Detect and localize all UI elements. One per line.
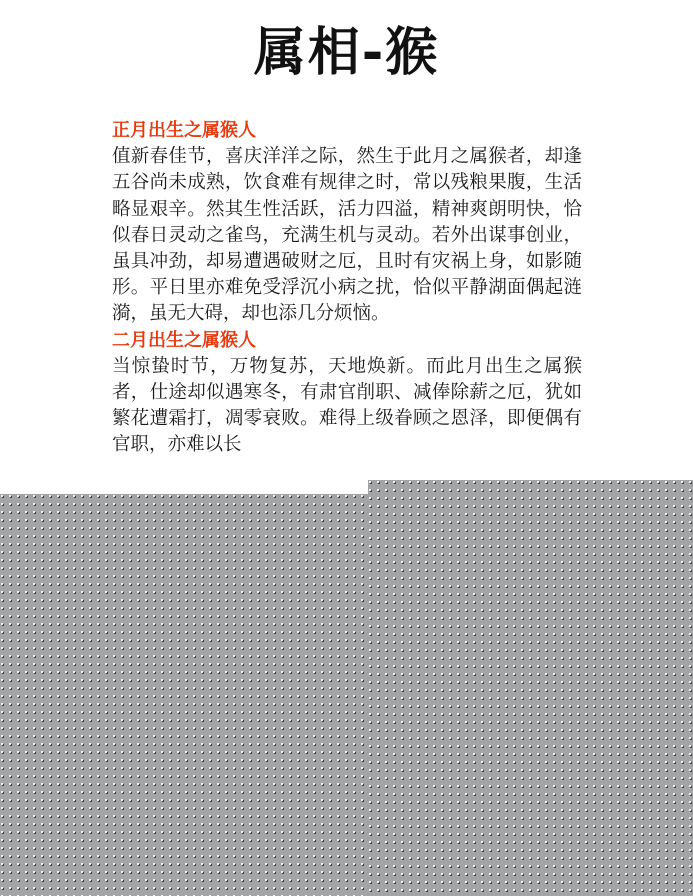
section-body-second-month: 当惊蛰时节，万物复苏，天地焕新。而此月出生之属猴者，仕途却似遇寒冬，有肃官削职、… [112,354,582,459]
section-body-first-month: 值新春佳节，喜庆洋洋之际，然生于此月之属猴者，却逢五谷尚未成熟，饮食难有规律之时… [112,144,582,327]
dotted-mask-overlay-right [368,480,693,896]
section-heading-second-month: 二月出生之属猴人 [112,328,582,354]
article-content: 正月出生之属猴人 值新春佳节，喜庆洋洋之际，然生于此月之属猴者，却逢五谷尚未成熟… [112,118,582,459]
page-title: 属相-猴 [0,18,693,88]
dotted-mask-overlay-left [0,494,368,896]
section-heading-first-month: 正月出生之属猴人 [112,118,582,144]
